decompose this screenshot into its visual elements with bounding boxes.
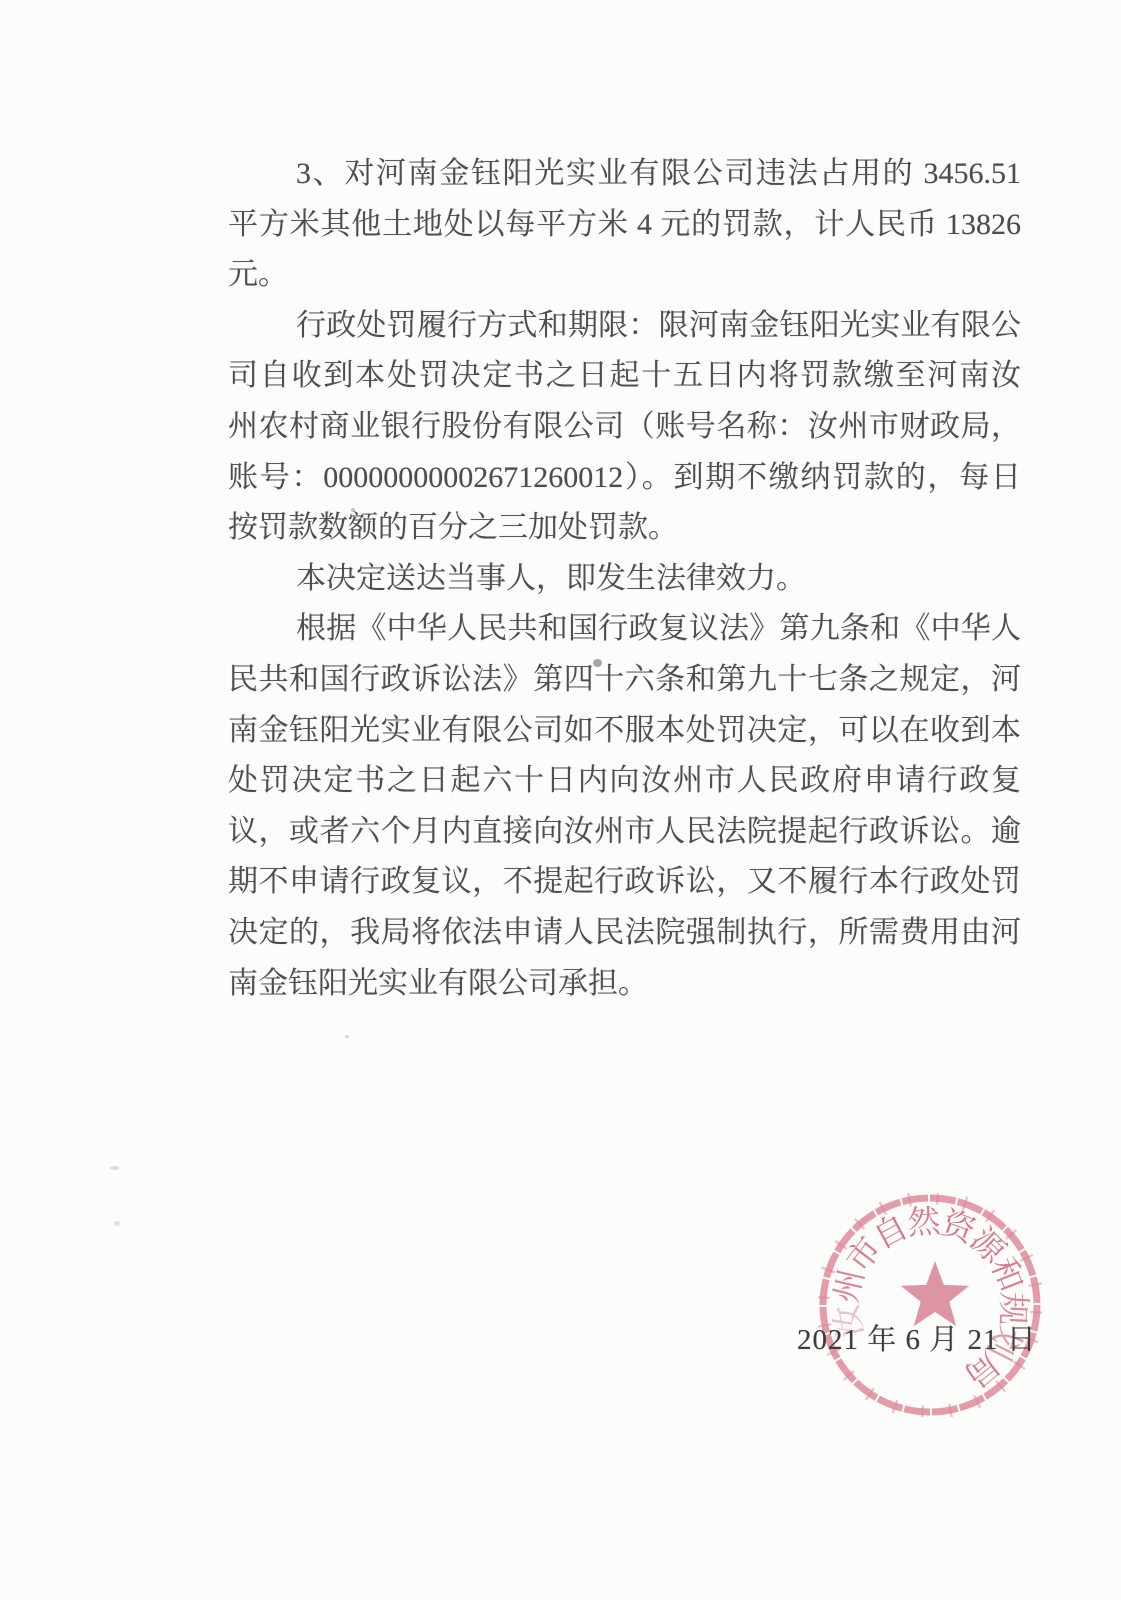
document-line: 按罚款数额的百分之三加处罚款。 (228, 503, 1021, 554)
document-line: 决定的，我局将依法申请人民法院强制执行，所需费用由河 (228, 908, 1021, 959)
document-line: 平方米其他土地处以每平方米 4 元的罚款，计人民币 13826 (228, 200, 1021, 251)
document-line: 议，或者六个月内直接向汝州市人民法院提起行政诉讼。逾 (228, 807, 1021, 858)
scan-speck (593, 659, 602, 667)
scan-speck (345, 1035, 349, 1038)
document-date: 2021 年 6 月 21 日 (797, 1317, 1037, 1358)
scan-speck (351, 508, 355, 512)
document-line: 行政处罚履行方式和期限：限河南金钰阳光实业有限公 (228, 301, 1021, 352)
scan-speck (110, 1166, 119, 1170)
official-seal: 汝州市自然资源和规划局 (818, 1193, 1042, 1417)
scan-speck (114, 1221, 120, 1226)
document-line: 处罚决定书之日起六十日内向汝州市人民政府申请行政复 (228, 756, 1021, 807)
scanned-document-page: 3、对河南金钰阳光实业有限公司违法占用的 3456.51平方米其他土地处以每平方… (0, 0, 1121, 1600)
document-line: 账号：00000000002671260012）。到期不缴纳罚款的，每日 (228, 453, 1021, 504)
document-line: 根据《中华人民共和国行政复议法》第九条和《中华人 (228, 604, 1021, 655)
document-line: 期不申请行政复议，不提起行政诉讼，又不履行本行政处罚 (228, 857, 1021, 908)
document-line: 州农村商业银行股份有限公司（账号名称：汝州市财政局， (228, 402, 1021, 453)
document-line: 南金钰阳光实业有限公司如不服本处罚决定，可以在收到本 (228, 706, 1021, 757)
document-line: 本决定送达当事人，即发生法律效力。 (228, 554, 1021, 605)
document-body: 3、对河南金钰阳光实业有限公司违法占用的 3456.51平方米其他土地处以每平方… (228, 149, 1021, 1009)
document-line: 民共和国行政诉讼法》第四十六条和第九十七条之规定，河 (228, 655, 1021, 706)
document-line: 元。 (228, 250, 1021, 301)
document-line: 司自收到本处罚决定书之日起十五日内将罚款缴至河南汝 (228, 351, 1021, 402)
document-line: 3、对河南金钰阳光实业有限公司违法占用的 3456.51 (228, 149, 1021, 200)
document-line: 南金钰阳光实业有限公司承担。 (228, 959, 1021, 1010)
